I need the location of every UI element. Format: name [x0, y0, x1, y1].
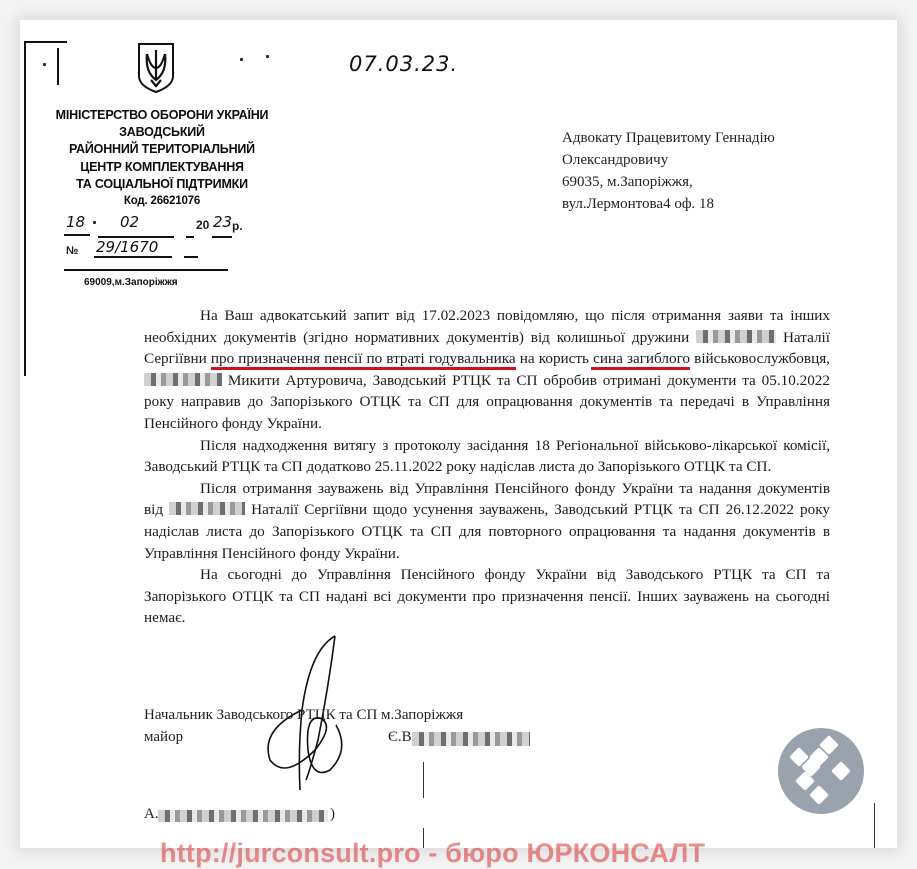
recipient-line: Олександровичу [562, 149, 775, 171]
redacted-signatory-name [412, 732, 530, 746]
stamp-divider [64, 269, 228, 271]
stamp-outgoing-number: 29/1670 [96, 238, 158, 256]
red-underline [211, 367, 516, 370]
redacted-surname [696, 330, 776, 343]
registration-tick-mark [57, 48, 59, 85]
scan-line [874, 803, 875, 848]
date-underline [212, 236, 232, 238]
stamp-line: ЦЕНТР КОМПЛЕКТУВАННЯ [44, 159, 280, 176]
signatory-initials: Є.В [388, 729, 412, 746]
frame-line-left [24, 41, 26, 376]
signatory-rank: майор [144, 729, 183, 746]
highlight-pension-purpose: про призначення пенсії по втраті годувал… [211, 350, 516, 367]
stamp-date-month: 02 [120, 213, 139, 231]
stamp-number-label: № [66, 245, 78, 257]
stamp-line: МІНІСТЕРСТВО ОБОРОНИ УКРАЇНИ [44, 107, 280, 124]
redacted-executor [158, 810, 328, 822]
paragraph-2: Після надходження витягу з протоколу зас… [144, 435, 830, 478]
number-underline [94, 256, 172, 258]
paragraph-3: Після отримання зауважень від Управління… [144, 478, 830, 564]
coat-of-arms-icon [137, 42, 175, 94]
stamp-year-prefix: 20 [196, 218, 209, 232]
stamp-line: РАЙОННИЙ ТЕРИТОРІАЛЬНИЙ [44, 141, 280, 158]
letter-body: На Ваш адвокатський запит від 17.02.2023… [144, 305, 830, 629]
paragraph-4: На сьогодні до Управління Пенсійного фон… [144, 564, 830, 629]
recipient-line: 69035, м.Запоріжжя, [562, 171, 775, 193]
stamp-year-suffix: 23 [213, 213, 232, 231]
stamp-code: Код. 26621076 [44, 193, 280, 210]
redacted-surname [169, 502, 245, 515]
stamp-date-day: 18 [66, 213, 85, 231]
frame-line-top [25, 41, 67, 43]
scan-speck [43, 63, 46, 66]
number-underline [184, 256, 198, 258]
scan-speck [240, 58, 243, 61]
stamp-year-unit: р. [232, 219, 243, 233]
puzzle-logo-icon [778, 728, 864, 814]
sender-stamp: МІНІСТЕРСТВО ОБОРОНИ УКРАЇНИ ЗАВОДСЬКИЙ … [44, 107, 280, 210]
recipient-line: Адвокату Працевитому Геннадію [562, 127, 775, 149]
incoming-date: 07.03.23. [349, 52, 458, 76]
scan-line [423, 762, 424, 798]
recipient-line: вул.Лермонтова4 оф. 18 [562, 193, 775, 215]
paragraph-1: На Ваш адвокатський запит від 17.02.2023… [144, 305, 830, 435]
date-underline [64, 234, 90, 236]
stamp-address: 69009,м.Запоріжжя [84, 277, 178, 288]
highlight-son: сина загиблого [593, 350, 690, 367]
date-underline [186, 236, 194, 238]
stamp-line: ЗАВОДСЬКИЙ [44, 124, 280, 141]
executor-initial: А. [144, 806, 159, 823]
date-separator [93, 221, 96, 224]
watermark-link[interactable]: http://jurconsult.pro - бюро ЮРКОНСАЛТ [160, 838, 705, 869]
signatory-title: Начальник Заводського РТЦК та СП м.Запор… [144, 707, 463, 724]
scan-speck [266, 55, 269, 58]
redacted-surname [144, 373, 222, 386]
recipient-block: Адвокату Працевитому Геннадію Олександро… [562, 127, 775, 215]
executor-close: ) [330, 806, 335, 823]
red-underline [591, 367, 690, 370]
stamp-line: ТА СОЦІАЛЬНОЇ ПІДТРИМКИ [44, 176, 280, 193]
